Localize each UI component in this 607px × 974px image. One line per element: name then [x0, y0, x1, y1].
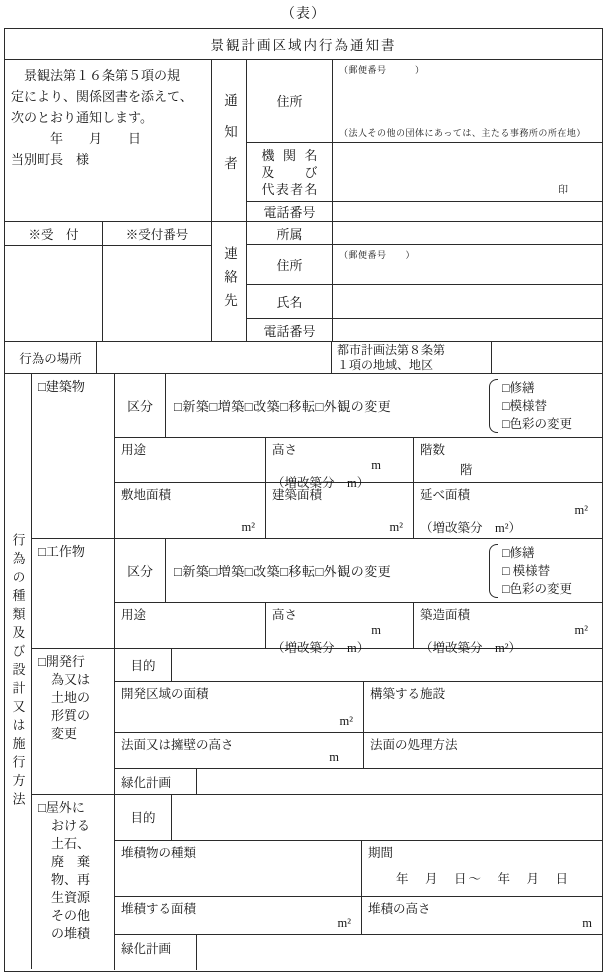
structure-height-field[interactable]: 高さ m （増改築分 m） [265, 603, 413, 648]
structure-kubun-options: □新築□増築□改築□移転□外観の変更 [174, 561, 391, 580]
party-label-column: 通知者 連絡先 [211, 60, 246, 341]
deposit-purpose-label: 目的 [115, 795, 171, 840]
deposit-area-unit: m² [338, 916, 351, 931]
development-section: □開発行 為又は 土地の 形質の 変更 目的 開発区域の面積 m² 構築する施設 [32, 648, 602, 794]
building-height-field[interactable]: 高さ m （増改築分 m） [265, 438, 413, 482]
structure-category-checkbox[interactable]: □工作物 [32, 539, 114, 648]
brace-decoration [489, 544, 498, 598]
building-height-label: 高さ [272, 440, 407, 458]
structure-height-paren: （増改築分 m） [272, 638, 407, 656]
place-label: 行為の場所 [5, 342, 96, 373]
deposit-greening-field[interactable] [196, 935, 602, 970]
deposit-purpose-field[interactable] [171, 795, 602, 840]
act-type-section: 行為の種類及び設計又は施行方法 □建築物 区分 □新築□増築□改築□移転□外観の… [5, 373, 602, 969]
contact-postal-hint: （郵便番号 ） [339, 248, 415, 261]
contact-name-field[interactable] [332, 285, 602, 318]
checkbox-structure-color-change[interactable]: □色彩の変更 [502, 580, 572, 598]
reception-received-label: ※受 付 [5, 222, 102, 245]
checkbox-structure-exterior-change[interactable]: □外観の変更 [315, 564, 391, 579]
deposit-period-field[interactable]: 期間 年 月 日～ 年 月 日 [361, 841, 602, 897]
checkbox-structure-remodel[interactable]: □改築 [245, 564, 280, 579]
contact-dept-label: 所属 [247, 222, 332, 244]
notifier-address-label: 住所 [247, 60, 332, 142]
notifier-phone-label: 電話番号 [247, 202, 332, 221]
organization-label-line3: 代表者名 [262, 181, 318, 198]
deposit-period-label: 期間 [368, 843, 596, 861]
building-area-field[interactable]: 建築面積 m² [265, 483, 413, 538]
slope-height-field[interactable]: 法面又は擁壁の高さ m [115, 733, 363, 768]
contact-phone-label: 電話番号 [247, 319, 332, 341]
organization-label-line2: 及び [262, 164, 318, 181]
development-facilities-label: 構築する施設 [370, 687, 445, 701]
structure-use-field[interactable]: 用途 [115, 603, 265, 648]
development-area-label: 開発区域の面積 [121, 687, 209, 701]
development-area-field[interactable]: 開発区域の面積 m² [115, 682, 363, 733]
notice-and-reception-column: 景観法第１６条第５項の規 定により、関係図書を添えて、 次のとおり通知します。 … [5, 60, 211, 341]
building-total-area-label: 延べ面積 [420, 485, 596, 503]
checkbox-structure-relocation[interactable]: □移転 [280, 564, 315, 579]
act-type-side-label: 行為の種類及び設計又は施行方法 [5, 374, 31, 969]
building-site-area-label: 敷地面積 [121, 488, 171, 502]
slope-method-label: 法面の処理方法 [370, 738, 458, 752]
contact-vertical-text: 連絡先 [219, 246, 239, 317]
notifier-organization-label: 機関名 及び 代表者名 [247, 143, 332, 202]
contact-dept-field[interactable] [332, 222, 602, 244]
building-floors-unit: 階 [420, 460, 596, 478]
building-area-unit: m² [390, 520, 403, 535]
checkbox-structure-repair[interactable]: □修繕 [502, 544, 572, 562]
structure-use-label: 用途 [121, 608, 146, 622]
form-title: 景観計画区域内行為通知書 [5, 29, 602, 59]
structure-section: □工作物 区分 □新築□増築□改築□移転□外観の変更 □修繕 □ 模様替 □ [32, 538, 602, 648]
top-section: 景観法第１６条第５項の規 定により、関係図書を添えて、 次のとおり通知します。 … [5, 59, 602, 341]
checkbox-structure-extension[interactable]: □増築 [209, 564, 244, 579]
notifier-postal-hint: （郵便番号 ） [339, 63, 425, 76]
checkbox-building-repattern[interactable]: □模様替 [502, 397, 572, 415]
structure-height-unit: m [272, 623, 407, 638]
development-purpose-label: 目的 [115, 649, 171, 681]
zoning-label: 都市計画法第８条第 １項の地域、地区 [331, 342, 491, 373]
building-total-area-field[interactable]: 延べ面積 m² （増改築分 m²） [413, 483, 602, 538]
deposit-greening-label: 緑化計画 [115, 935, 196, 970]
deposit-period-line: 年 月 日～ 年 月 日 [368, 869, 596, 887]
slope-method-field[interactable]: 法面の処理方法 [363, 733, 602, 768]
checkbox-building-remodel[interactable]: □改築 [245, 399, 280, 414]
deposit-category-checkbox[interactable]: □屋外に おける 土石、 廃 棄 物、再 生資源 その他 の堆積 [32, 795, 114, 970]
structure-area-field[interactable]: 築造面積 m² （増改築分 m²） [413, 603, 602, 648]
checkbox-building-extension[interactable]: □増築 [209, 399, 244, 414]
checkbox-building-exterior-change[interactable]: □外観の変更 [315, 399, 391, 414]
seal-mark: 印 [558, 181, 568, 196]
party-details-column: 住所 （郵便番号 ） （法人その他の団体にあっては、主たる事務所の所在地） 機関… [246, 60, 602, 341]
deposit-section: □屋外に おける 土石、 廃 棄 物、再 生資源 その他 の堆積 目的 堆積物の… [32, 794, 602, 970]
deposit-height-field[interactable]: 堆積の高さ m [361, 897, 602, 934]
notifier-corporate-note: （法人その他の団体にあっては、主たる事務所の所在地） [339, 126, 586, 139]
deposit-height-unit: m [582, 916, 592, 931]
zoning-field[interactable] [491, 342, 602, 373]
reception-block: ※受 付 ※受付番号 [5, 221, 211, 341]
structure-kubun-label: 区分 [115, 539, 165, 602]
deposit-height-label: 堆積の高さ [368, 902, 431, 916]
slope-height-unit: m [329, 750, 339, 765]
slope-height-label: 法面又は擁壁の高さ [121, 738, 234, 752]
development-greening-label: 緑化計画 [115, 769, 196, 794]
building-total-area-unit: m² [420, 503, 596, 518]
building-height-unit: m [272, 458, 407, 473]
development-category-checkbox[interactable]: □開発行 為又は 土地の 形質の 変更 [32, 649, 114, 794]
notifier-vertical-text: 通知者 [219, 93, 239, 188]
act-type-side-text: 行為の種類及び設計又は施行方法 [9, 533, 28, 811]
development-area-unit: m² [340, 714, 353, 729]
place-field[interactable] [96, 342, 331, 373]
organization-label-line1: 機関名 [262, 147, 318, 164]
checkbox-building-relocation[interactable]: □移転 [280, 399, 315, 414]
structure-height-label: 高さ [272, 605, 407, 623]
building-use-field[interactable]: 用途 [115, 438, 265, 482]
building-use-label: 用途 [121, 443, 146, 457]
development-greening-field[interactable] [196, 769, 602, 794]
notifier-organization-field[interactable]: 印 [332, 143, 602, 202]
building-total-area-paren: （増改築分 m²） [420, 518, 596, 536]
contact-phone-field[interactable] [332, 319, 602, 341]
act-subsections: □建築物 区分 □新築□増築□改築□移転□外観の変更 □修繕 □模様替 □色 [31, 374, 602, 969]
building-section: □建築物 区分 □新築□増築□改築□移転□外観の変更 □修繕 □模様替 □色 [32, 374, 602, 538]
development-facilities-field[interactable]: 構築する施設 [363, 682, 602, 733]
building-floors-label: 階数 [420, 440, 596, 458]
contact-address-label: 住所 [247, 245, 332, 284]
building-kubun-options: □新築□増築□改築□移転□外観の変更 [174, 396, 391, 415]
checkbox-building-repair[interactable]: □修繕 [502, 379, 572, 397]
contact-name-label: 氏名 [247, 285, 332, 318]
building-site-area-field[interactable]: 敷地面積 m² [115, 483, 265, 538]
checkbox-building-color-change[interactable]: □色彩の変更 [502, 415, 572, 433]
building-site-area-unit: m² [242, 520, 255, 535]
notification-form-table: 景観計画区域内行為通知書 景観法第１６条第５項の規 定により、関係図書を添えて、… [4, 28, 603, 972]
deposit-kind-field[interactable]: 堆積物の種類 [115, 841, 361, 897]
sheet-side-indicator: （表） [0, 3, 607, 23]
structure-area-paren: （増改築分 m²） [420, 638, 596, 656]
notifier-vertical-label: 通知者 [212, 60, 246, 221]
notice-statement: 景観法第１６条第５項の規 定により、関係図書を添えて、 次のとおり通知します。 … [5, 60, 211, 221]
deposit-area-label: 堆積する面積 [121, 902, 196, 916]
brace-decoration [489, 379, 498, 433]
checkbox-structure-repattern[interactable]: □ 模様替 [502, 562, 572, 580]
structure-area-unit: m² [420, 623, 596, 638]
reception-number-label: ※受付番号 [102, 222, 211, 245]
contact-vertical-label: 連絡先 [212, 221, 246, 341]
notifier-address-field[interactable]: （郵便番号 ） （法人その他の団体にあっては、主たる事務所の所在地） [332, 60, 602, 142]
checkbox-building-new[interactable]: □新築 [174, 399, 209, 414]
contact-address-field[interactable]: （郵便番号 ） [332, 245, 602, 284]
deposit-area-field[interactable]: 堆積する面積 m² [115, 897, 361, 934]
notifier-phone-field[interactable] [332, 202, 602, 221]
structure-area-label: 築造面積 [420, 605, 596, 623]
building-kubun-label: 区分 [115, 374, 165, 437]
reception-received-field[interactable] [5, 246, 102, 341]
deposit-kind-label: 堆積物の種類 [121, 846, 196, 860]
reception-number-field[interactable] [102, 246, 211, 341]
building-area-label: 建築面積 [272, 488, 322, 502]
checkbox-structure-new[interactable]: □新築 [174, 564, 209, 579]
building-floors-field[interactable]: 階数 階 [413, 438, 602, 482]
building-category-checkbox[interactable]: □建築物 [32, 374, 114, 538]
place-row: 行為の場所 都市計画法第８条第 １項の地域、地区 [5, 341, 602, 373]
